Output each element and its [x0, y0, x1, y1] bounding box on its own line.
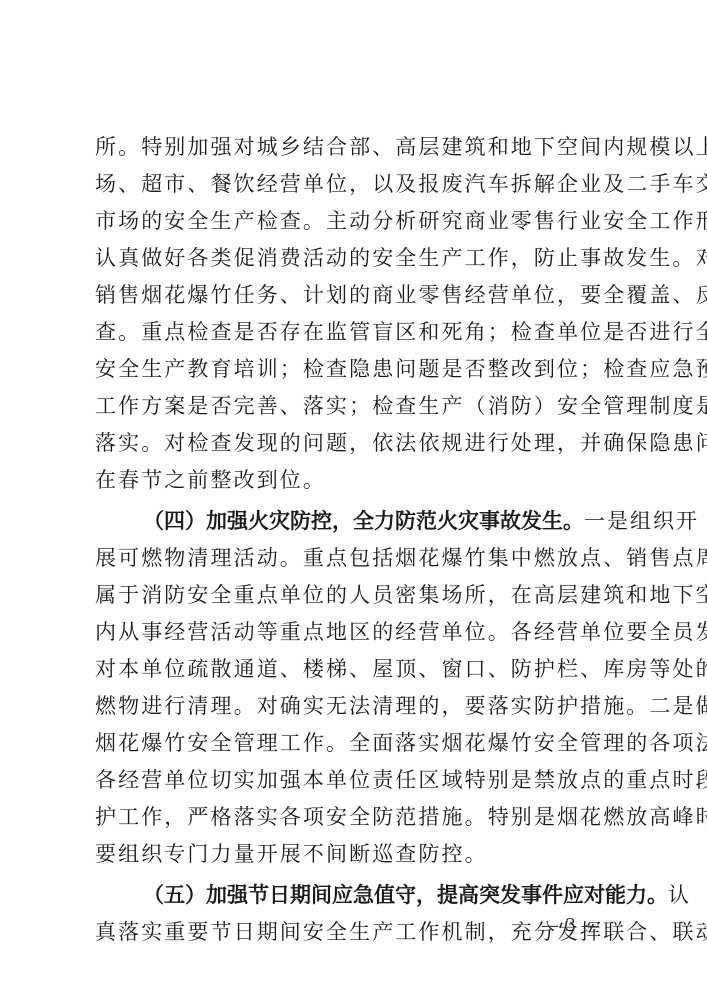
section-4-first-line: （四）加强火灾防控，全力防范火灾事故发生。一是组织开 [143, 506, 615, 536]
text-line: 要组织专门力量开展不间断巡查防控。 [95, 839, 615, 869]
text-line: 护工作，严格落实各项安全防范措施。特别是烟花燃放高峰时期， [95, 802, 615, 832]
document-page: 所。特别加强对城乡结合部、高层建筑和地下空间内规模以上商 场、超市、餐饮经营单位… [0, 0, 707, 1000]
text-line: 对本单位疏散通道、楼梯、屋顶、窗口、防护栏、库房等处的可 [95, 654, 615, 684]
text-line: 场、超市、餐饮经营单位，以及报废汽车拆解企业及二手车交易 [95, 169, 615, 199]
text-line: 真落实重要节日期间安全生产工作机制，充分发挥联合、联动机 [95, 917, 615, 947]
text-line: 市场的安全生产检查。主动分析研究商业零售行业安全工作形势， [95, 206, 615, 236]
text-line: 认真做好各类促消费活动的安全生产工作，防止事故发生。对有 [95, 243, 615, 273]
text-line: 查。重点检查是否存在监管盲区和死角；检查单位是否进行全员 [95, 317, 615, 347]
text-line: 属于消防安全重点单位的人员密集场所，在高层建筑和地下空间 [95, 580, 615, 610]
page-number: — 3 — [541, 915, 600, 936]
text-line: 烟花爆竹安全管理工作。全面落实烟花爆竹安全管理的各项法规， [95, 728, 615, 758]
text-line: 安全生产教育培训；检查隐患问题是否整改到位；检查应急预案、 [95, 354, 615, 384]
text-line: 落实。对检查发现的问题，依法依规进行处理，并确保隐患问题 [95, 428, 615, 458]
text-line: 销售烟花爆竹任务、计划的商业零售经营单位，要全覆盖、反复 [95, 280, 615, 310]
section-5-first-line-tail: 认 [668, 883, 691, 907]
section-4-first-line-tail: 一是组织开 [584, 509, 699, 533]
text-line: 各经营单位切实加强本单位责任区域特别是禁放点的重点时段看 [95, 765, 615, 795]
text-line: 内从事经营活动等重点地区的经营单位。各经营单位要全员发动 [95, 617, 615, 647]
text-line: 工作方案是否完善、落实；检查生产（消防）安全管理制度是否 [95, 391, 615, 421]
section-4-heading: （四）加强火灾防控，全力防范火灾事故发生。 [143, 509, 584, 533]
text-line: 展可燃物清理活动。重点包括烟花爆竹集中燃放点、销售点周边， [95, 543, 615, 573]
section-5-heading: （五）加强节日期间应急值守，提高突发事件应对能力。 [143, 883, 668, 907]
text-line: 所。特别加强对城乡结合部、高层建筑和地下空间内规模以上商 [95, 132, 615, 162]
text-line: 燃物进行清理。对确实无法清理的，要落实防护措施。二是做好 [95, 691, 615, 721]
text-line: 在春节之前整改到位。 [95, 465, 615, 495]
section-5-first-line: （五）加强节日期间应急值守，提高突发事件应对能力。认 [143, 880, 615, 910]
